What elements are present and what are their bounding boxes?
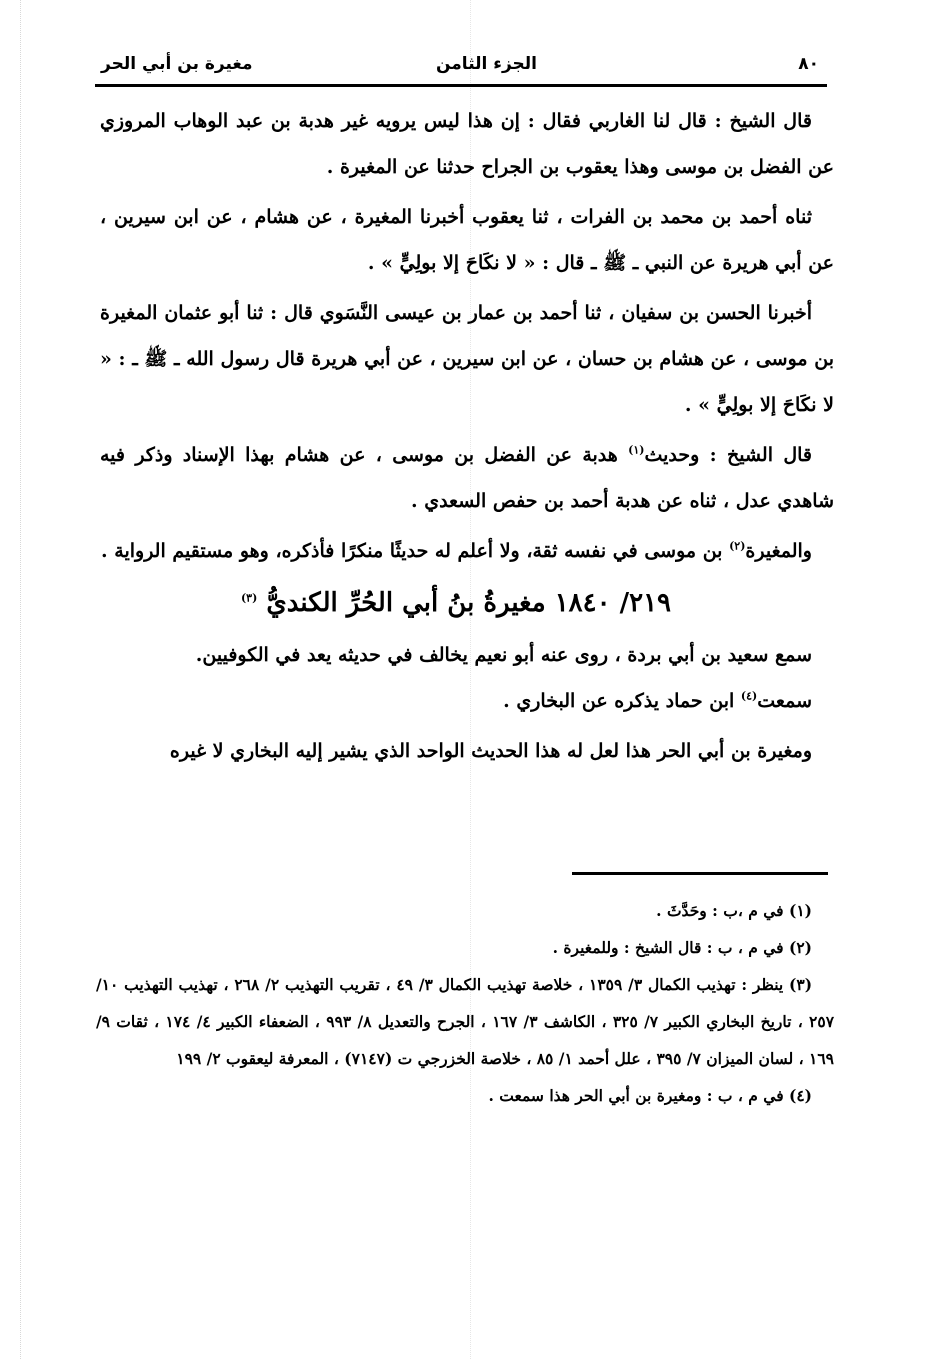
paragraph-4: قال الشيخ : وحديث(١) هدبة عن الفضل بن مو… — [100, 432, 834, 524]
scan-margin-specks — [20, 0, 22, 1359]
footnote-separator — [572, 872, 828, 875]
footnotes: (١) في م ،ب : وحَدَّثَ . (٢) في م ، ب : … — [96, 892, 834, 1114]
footnote-4: (٤) في م ، ب : ومغيرة بن أبي الحر هذا سم… — [96, 1077, 834, 1114]
footnote-ref-2[interactable]: (٢) — [729, 540, 745, 553]
paragraph-5: والمغيرة(٢) بن موسى في نفسه ثقة، ولا أعل… — [100, 528, 834, 574]
scanned-book-page: ٨٠ الجزء الثامن مغيرة بن أبي الحر قال ال… — [0, 0, 942, 1359]
paragraph-3: أخبرنا الحسن بن سفيان ، ثنا أحمد بن عمار… — [100, 290, 834, 428]
running-header: ٨٠ الجزء الثامن مغيرة بن أبي الحر — [95, 50, 827, 84]
paragraph-2: ثناه أحمد بن محمد بن الفرات ، ثنا يعقوب … — [100, 194, 834, 286]
volume-title: الجزء الثامن — [436, 54, 537, 74]
entry-running-title: مغيرة بن أبي الحر — [101, 54, 253, 74]
footnote-ref-3[interactable]: (٣) — [241, 591, 257, 604]
main-text: قال الشيخ : قال لنا الغاربي فقال : إن هذ… — [100, 98, 834, 774]
footnote-1: (١) في م ،ب : وحَدَّثَ . — [96, 892, 834, 929]
footnote-ref-1[interactable]: (١) — [628, 444, 644, 457]
paragraph-8: ومغيرة بن أبي الحر هذا لعل له هذا الحديث… — [100, 728, 834, 774]
footnote-3: (٣) ينظر : تهذيب الكمال ٣/ ١٣٥٩ ، خلاصة … — [96, 966, 834, 1077]
paragraph-1: قال الشيخ : قال لنا الغاربي فقال : إن هذ… — [100, 98, 834, 190]
footnote-2: (٢) في م ، ب : قال الشيخ : وللمغيرة . — [96, 929, 834, 966]
page-number: ٨٠ — [798, 54, 819, 74]
paragraph-6: سمع سعيد بن أبي بردة ، روى عنه أبو نعيم … — [100, 632, 834, 678]
entry-title: ٢١٩/ ١٨٤٠ مغيرةُ بنُ أبي الحُرِّ الكنديُ… — [100, 574, 834, 632]
paragraph-7: سمعت(٤) ابن حماد يذكره عن البخاري . — [100, 678, 834, 724]
footnote-ref-4[interactable]: (٤) — [741, 690, 757, 703]
header-rule — [95, 84, 827, 87]
